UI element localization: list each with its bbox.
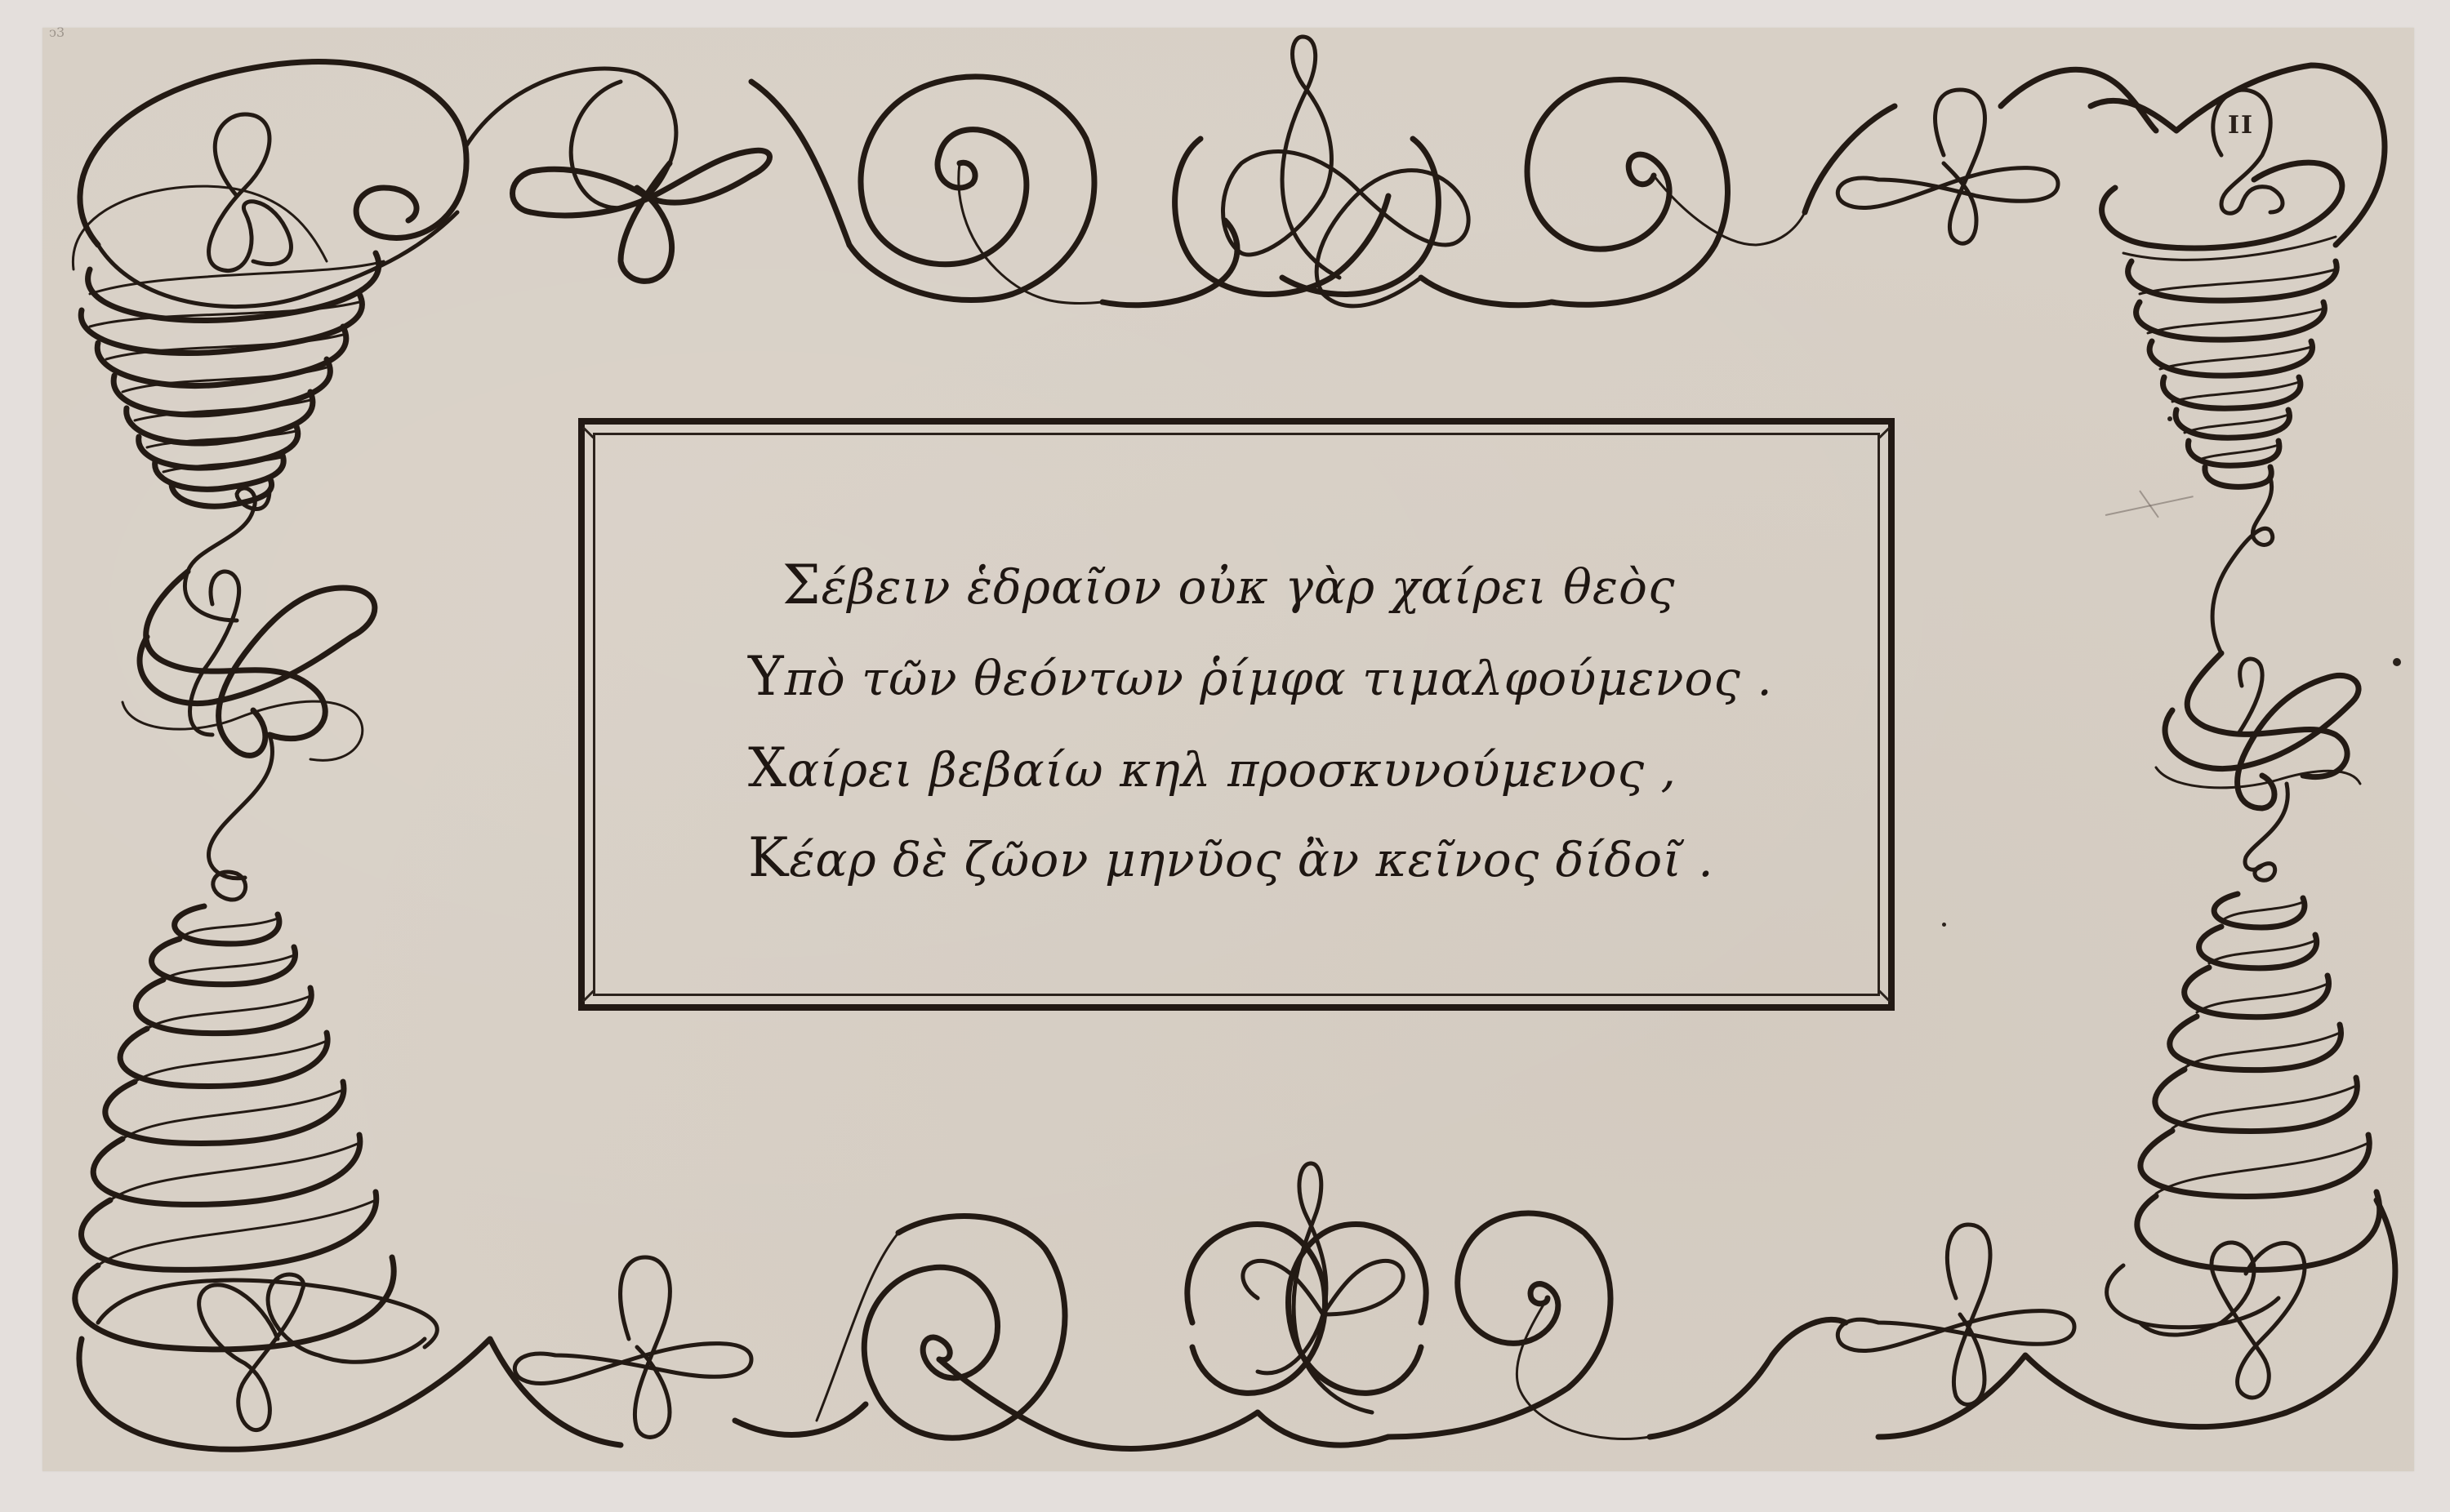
left-knot-bow-icon (122, 571, 375, 878)
top-left-quatrefoil-icon (465, 69, 849, 281)
top-center-trefoil-knot-icon (1102, 37, 1552, 306)
bottom-left-quatrefoil-icon (514, 1257, 866, 1437)
folio-number: II (2228, 111, 2254, 140)
right-ascending-coil-icon (2137, 864, 2380, 1270)
ink-speck (2393, 658, 2401, 666)
verse-initial: Χ (748, 736, 787, 799)
top-left-corner-flourish-icon (73, 62, 466, 307)
verse-text: αίρει βεβαίω κηλ προσκυνούμενος , (787, 742, 1677, 798)
bottom-right-corner-flourish-icon (1878, 1200, 2395, 1437)
verse-line-1: Σέβειν ἑδραῖον οὐκ γὰρ χαίρει θεὸς (782, 554, 1675, 616)
cartouche-frame: Σέβειν ἑδραῖον οὐκ γὰρ χαίρει θεὸς Υπὸ τ… (578, 418, 1895, 1011)
bottom-left-spiral-icon (817, 1216, 1258, 1449)
verse-initial: Σ (782, 554, 822, 616)
ink-speck (2167, 416, 2172, 421)
verse-text: πὸ τῶν θεόντων ῥίμφα τιμαλφούμενος . (785, 651, 1773, 706)
greek-verse: Σέβειν ἑδραῖον οὐκ γὰρ χαίρει θεὸς Υπὸ τ… (585, 425, 1888, 1004)
right-descending-coil-icon (2128, 261, 2337, 653)
left-ascending-coil-icon (75, 872, 394, 1350)
bottom-right-spiral-icon (1388, 1213, 1772, 1439)
bottom-center-trefoil-knot-icon (1187, 1163, 1426, 1445)
ink-speck (1942, 923, 1946, 927)
right-knot-bow-icon (2156, 653, 2360, 869)
verse-text: έαρ δὲ ζῶον μηνῦος ἂν κεῖνος δίδοῖ . (789, 832, 1713, 887)
top-left-spiral-icon (849, 77, 1102, 304)
scanned-page: ↄ3 (0, 0, 2450, 1512)
verse-line-4: Κέαρ δὲ ζῶον μηνῦος ἂν κεῖνος δίδοῖ . (748, 826, 1714, 889)
top-right-spiral-icon (1527, 80, 1805, 305)
top-right-corner-flourish-icon (2091, 65, 2385, 260)
bottom-right-quatrefoil-icon (1772, 1225, 2074, 1404)
verse-text: έβειν ἑδραῖον οὐκ γὰρ χαίρει θεὸς (822, 559, 1676, 615)
verse-initial: Υ (748, 645, 785, 708)
verse-line-2: Υπὸ τῶν θεόντων ῥίμφα τιμαλφούμενος . (748, 645, 1773, 708)
verse-line-3: Χαίρει βεβαίω κηλ προσκυνούμενος , (748, 736, 1677, 799)
verse-initial: Κ (748, 826, 789, 889)
bottom-left-corner-flourish-icon (79, 1274, 621, 1449)
